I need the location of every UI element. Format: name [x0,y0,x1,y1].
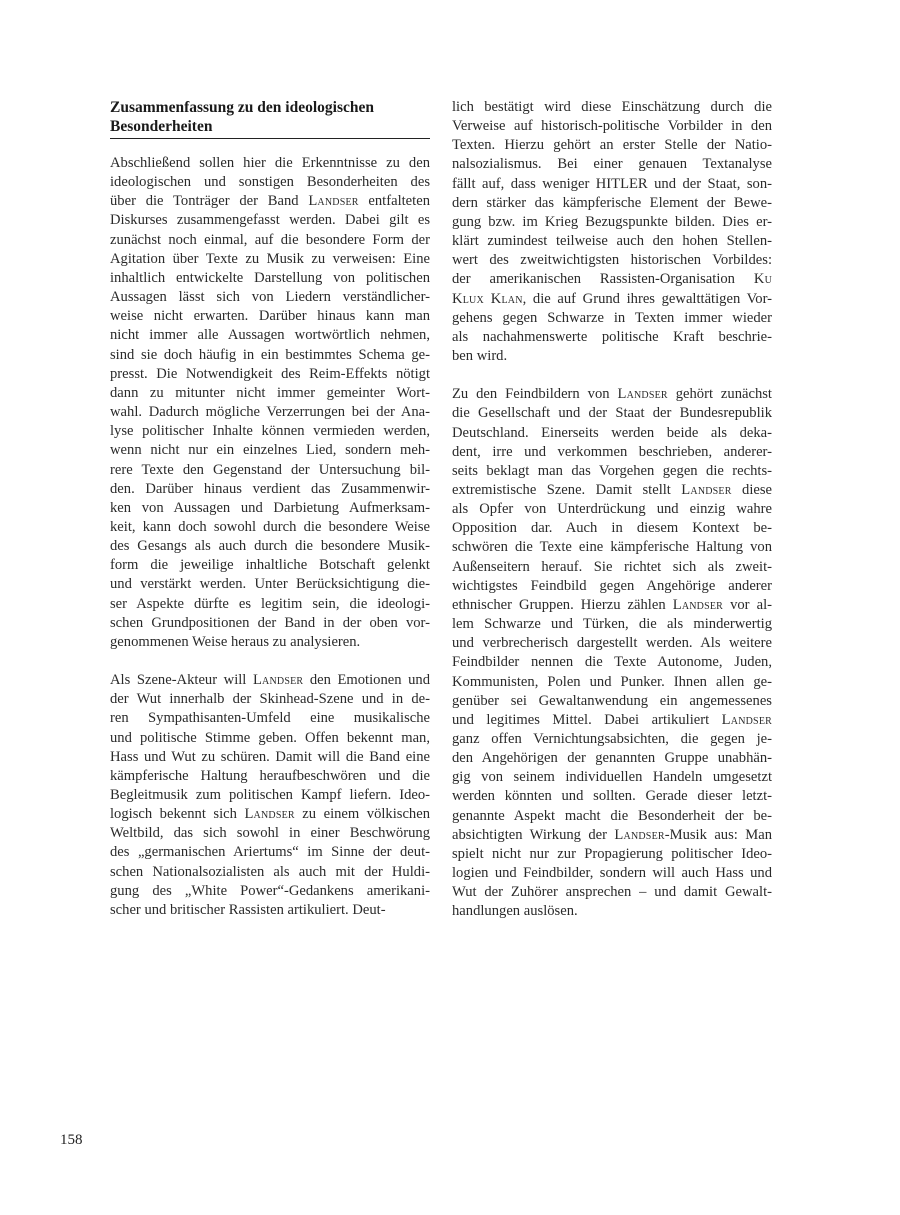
text-line: und politische Stimme geben. Offen beken… [110,729,430,748]
book-page: Zusammenfassung zu den ideologischen Bes… [0,0,900,1215]
text-line: und legitimes Mittel. Dabei artikuliert … [452,711,772,730]
text-line: ben wird. [452,347,772,366]
text-line: kämpferische Haltung heraufbeschwören un… [110,767,430,786]
text-line: logien und Feindbilder, sondern will auc… [452,864,772,883]
right-column: lich bestätigt wird diese Einschätzung d… [452,98,772,922]
text-line: extremistische Szene. Damit stellt Lands… [452,481,772,500]
text-line: als nachahmenswerte politische Kraft bes… [452,328,772,347]
text-line: ethnischer Gruppen. Hierzu zählen Landse… [452,596,772,615]
text-line: keit, kann doch sowohl durch die besonde… [110,518,430,537]
small-caps-name: Landser [614,827,664,843]
text-line: rere Texte den Gegenstand der Untersuchu… [110,461,430,480]
section-heading: Zusammenfassung zu den ideologischen Bes… [110,98,430,139]
text-line: logisch bekennt sich Landser zu einem vö… [110,805,430,824]
text-line: die Gesellschaft und der Staat der Bunde… [452,404,772,423]
text-line: Zu den Feindbildern von Landser gehört z… [452,385,772,404]
text-line: ganz offen Vernichtungsabsichten, die ge… [452,730,772,749]
text-line: der amerikanischen Rassisten-Organisatio… [452,270,772,289]
text-line: presst. Die Notwendigkeit des Reim-Effek… [110,365,430,384]
paragraph: Als Szene-Akteur will Landser den Emotio… [110,671,430,920]
left-column: Zusammenfassung zu den ideologischen Bes… [110,98,430,920]
small-caps-name: Landser [308,193,358,209]
text-line: handlungen auslösen. [452,902,772,921]
text-line: Außenseitern herauf. Sie richtet sich al… [452,558,772,577]
text-line: Deutschland. Einerseits werden beide als… [452,424,772,443]
text-line: Texten. Hierzu gehört an erster Stelle d… [452,136,772,155]
text-line: und verstärkt werden. Unter Berücksichti… [110,575,430,594]
text-line: über die Tonträger der Band Landser entf… [110,192,430,211]
text-line: spielt nicht nur zur Propagierung politi… [452,845,772,864]
text-line: wenn nicht nur ein einzelnes Lied, sonde… [110,441,430,460]
text-line: gig von seinem individuellen Handeln umg… [452,768,772,787]
text-line: ren Sympathisanten-Umfeld eine musikalis… [110,709,430,728]
text-line: weise nicht erwarten. Darüber hinaus kan… [110,307,430,326]
paragraph: Zu den Feindbildern von Landser gehört z… [452,385,772,921]
page-number: 158 [60,1132,83,1149]
text-line: Hass und Wut zu schüren. Damit will die … [110,748,430,767]
text-line: Weltbild, das sich sowohl in einer Besch… [110,824,430,843]
text-line: sind sie doch häufig in ein bestimmtes S… [110,346,430,365]
text-line: nicht immer alle Aussagen wortwörtlich n… [110,326,430,345]
text-line: den. Darüber hinaus verdient das Zusamme… [110,480,430,499]
text-line: klärt zumindest teilweise auch den hohen… [452,232,772,251]
small-caps-name: Landser [681,482,731,498]
text-line: zunächst noch einmal, auf die besondere … [110,231,430,250]
small-caps-name: Ku [754,271,772,287]
text-line: genannte Aspekt macht die Besonderheit d… [452,807,772,826]
text-line: fällt auf, dass weniger HITLER und der S… [452,175,772,194]
text-line: Abschließend sollen hier die Erkenntniss… [110,154,430,173]
text-line: genüber sei Gewaltanwendung ein angemess… [452,692,772,711]
text-line: nalsozialismus. Bei einer genauen Textan… [452,155,772,174]
text-line: der Wut innerhalb der Skinhead-Szene und… [110,690,430,709]
text-line: gung des „White Power“-Gedankens amerika… [110,882,430,901]
text-line: Diskurses zusammengefasst werden. Dabei … [110,211,430,230]
text-line: dern stärker das kämpferische Element de… [452,194,772,213]
text-line: schen Nationalsozialisten als auch mit d… [110,863,430,882]
small-caps-name: Landser [617,386,667,402]
text-line: dent, irre und verkommen beschrieben, an… [452,443,772,462]
text-line: form die jeweilige inhaltliche Botschaft… [110,556,430,575]
text-line: dann zu mitunter nicht immer gemeinter W… [110,384,430,403]
text-line: schen Grundpositionen der Band in der ob… [110,614,430,633]
text-line: Agitation über Texte zu Musik zu verweis… [110,250,430,269]
text-line: lyse politischer Inhalte können vermiede… [110,422,430,441]
small-caps-name: Klux Klan [452,291,523,307]
text-line: Als Szene-Akteur will Landser den Emotio… [110,671,430,690]
text-line: Klux Klan, die auf Grund ihres gewalttät… [452,290,772,309]
text-line: absichtigten Wirkung der Landser-Musik a… [452,826,772,845]
text-line: Wut der Zuhörer ansprechen – und damit G… [452,883,772,902]
text-line: seits beklagt man das Vorgehen gegen die… [452,462,772,481]
text-line: als Opfer von Unterdrückung und einzig w… [452,500,772,519]
text-line: werden könnten und sollten. Gerade diese… [452,787,772,806]
paragraph: lich bestätigt wird diese Einschätzung d… [452,98,772,366]
small-caps-name: Landser [673,597,723,613]
text-line: wichtigstes Feindbild gegen Angehörige a… [452,577,772,596]
text-line: wahl. Dadurch mögliche Verzerrungen bei … [110,403,430,422]
text-line: und verbrecherisch dargestellt werden. A… [452,634,772,653]
text-line: Verweise auf historisch-politische Vorbi… [452,117,772,136]
text-line: ken von Aussagen und Darbietung Aufmerks… [110,499,430,518]
text-line: Aussagen lässt sich von Liedern verständ… [110,288,430,307]
text-line: lich bestätigt wird diese Einschätzung d… [452,98,772,117]
text-line: schwören die Texte eine kämpferische Hal… [452,538,772,557]
text-line: Begleitmusik zum politischen Kampf liefe… [110,786,430,805]
text-line: ideologischen und sonstigen Besonderheit… [110,173,430,192]
text-line: wert des zweitwichtigsten historischen V… [452,251,772,270]
text-line: scher und britischer Rassisten artikulie… [110,901,430,920]
heading-line: Besonderheiten [110,117,430,136]
text-line: Kommunisten, Polen und Punker. Ihnen all… [452,673,772,692]
small-caps-name: Landser [722,712,772,728]
text-line: des Gesangs als auch durch die besondere… [110,537,430,556]
text-line: gung bzw. im Krieg Bezugspunkte bilden. … [452,213,772,232]
text-line: Opposition dar. Auch in diesem Kontext b… [452,519,772,538]
text-line: genommenen Weise heraus zu analysieren. [110,633,430,652]
text-line: lem Schwarze und Türken, die als minderw… [452,615,772,634]
text-line: gehens gegen Schwarze in Texten immer wi… [452,309,772,328]
paragraph: Abschließend sollen hier die Erkenntniss… [110,154,430,652]
text-line: den Angehörigen der genannten Gruppe una… [452,749,772,768]
small-caps-name: Landser [253,672,303,688]
text-line: inhaltlich entwickelte Darstellung von p… [110,269,430,288]
text-line: des „germanischen Ariertums“ im Sinne de… [110,843,430,862]
small-caps-name: Landser [244,806,294,822]
heading-line: Zusammenfassung zu den ideologischen [110,98,430,117]
text-line: Feindbilder nennen die Texte Autonome, J… [452,653,772,672]
text-line: ser Aspekte dürfte es legitim sein, die … [110,595,430,614]
